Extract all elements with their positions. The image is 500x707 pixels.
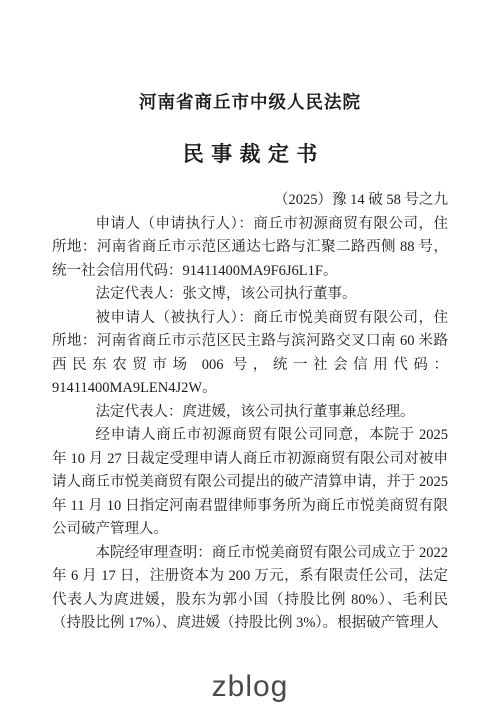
body-paragraph-respondent: 被申请人（被执行人）：商丘市悦美商贸有限公司，住所地：河南省商丘市示范区民主路与… <box>52 307 448 401</box>
court-name: 河南省商丘市中级人民法院 <box>52 0 448 112</box>
document-body: 申请人（申请执行人）：商丘市初源商贸有限公司，住所地：河南省商丘市示范区通达七路… <box>52 213 448 636</box>
document-page: 河南省商丘市中级人民法院 民事裁定书 （2025）豫 14 破 58 号之九 申… <box>0 0 500 707</box>
body-paragraph-respondent-representative: 法定代表人：庹进媛，该公司执行董事兼总经理。 <box>52 401 448 425</box>
case-number: （2025）豫 14 破 58 号之九 <box>52 189 448 213</box>
body-paragraph-applicant-representative: 法定代表人：张文博，该公司执行董事。 <box>52 283 448 307</box>
body-paragraph-findings: 本院经审理查明：商丘市悦美商贸有限公司成立于 2022 年 6 月 17 日，注… <box>52 542 448 636</box>
watermark: zblog <box>0 670 500 704</box>
document-title: 民事裁定书 <box>52 142 448 166</box>
body-paragraph-applicant: 申请人（申请执行人）：商丘市初源商贸有限公司，住所地：河南省商丘市示范区通达七路… <box>52 213 448 284</box>
body-paragraph-ruling-acceptance: 经申请人商丘市初源商贸有限公司同意，本院于 2025 年 10 月 27 日裁定… <box>52 424 448 542</box>
